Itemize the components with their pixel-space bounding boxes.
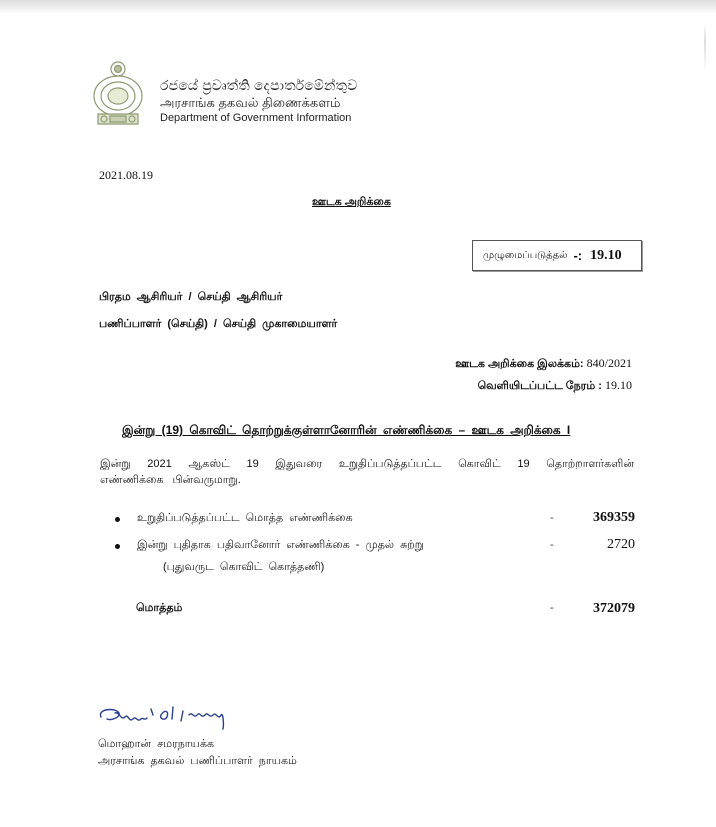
- letterhead-sinhala: රජයේ ප්‍රවෘත්ති දෙපාර්තමේන්තුව: [160, 77, 357, 94]
- item-label: உறுதிப்படுத்தப்பட்ட மொத்த எண்ணிக்கை: [137, 512, 353, 526]
- bullet-icon: [115, 544, 120, 549]
- release-time-value: 19.10: [605, 378, 632, 392]
- document-heading: ஊடக அறிக்கை: [312, 196, 391, 210]
- total-label: மொத்தம்: [136, 602, 182, 616]
- signer-title: அரசாங்க தகவல் பணிப்பாளர் நாயகம்: [98, 755, 297, 769]
- release-time-label: வெளியிடப்பட்ட நேரம் :: [478, 380, 602, 392]
- item-label: இன்று புதிதாக பதிவானோர் எண்ணிக்கை - முதல…: [137, 539, 424, 553]
- revision-separator: -:: [573, 248, 582, 263]
- letterhead-english: Department of Government Information: [160, 112, 351, 124]
- revision-label: முழுமைப்படுத்தல்: [483, 250, 567, 262]
- revision-value: 19.10: [590, 248, 622, 264]
- release-title: இன்று (19) கொவிட் தொற்றுக்குள்ளானோரின் எ…: [122, 423, 570, 439]
- page-edge-artifact: [704, 22, 706, 72]
- item-sublabel: (புதுவருட கொவிட் கொத்தணி): [163, 561, 324, 575]
- revision-box: முழுமைப்படுத்தல் -: 19.10: [472, 240, 642, 271]
- item-value: 369359: [593, 510, 635, 526]
- intro-paragraph: இன்று 2021 ஆகஸ்ட் 19 இதுவரை உறுதிப்படுத்…: [100, 456, 634, 488]
- item-dash: -: [550, 512, 554, 524]
- total-dash: -: [550, 602, 554, 614]
- viewer-top-shadow: [0, 0, 716, 14]
- release-number: ஊடக அறிக்கை இலக்கம்: 840/2021: [455, 356, 632, 372]
- release-number-value: 840/2021: [587, 356, 632, 370]
- national-emblem-icon: [88, 58, 148, 132]
- letterhead-tamil: அரசாங்க தகவல் திணைக்களம்: [160, 95, 340, 112]
- total-value: 372079: [593, 601, 635, 617]
- signature-image: [95, 703, 260, 731]
- signer-name: மொஹான் சமரநாயக்க: [98, 738, 214, 752]
- bullet-icon: [115, 517, 120, 522]
- item-dash: -: [550, 539, 554, 551]
- document-date: 2021.08.19: [99, 168, 153, 183]
- release-number-label: ஊடக அறிக்கை இலக்கம்:: [455, 358, 583, 370]
- addressee-line-1: பிரதம ஆசிரியர் / செய்தி ஆசிரியர்: [99, 291, 282, 305]
- release-time: வெளியிடப்பட்ட நேரம் : 19.10: [478, 378, 632, 394]
- addressee-line-2: பணிப்பாளர் (செய்தி) / செய்தி முகாமையாளர்: [99, 318, 337, 332]
- item-value: 2720: [607, 537, 635, 553]
